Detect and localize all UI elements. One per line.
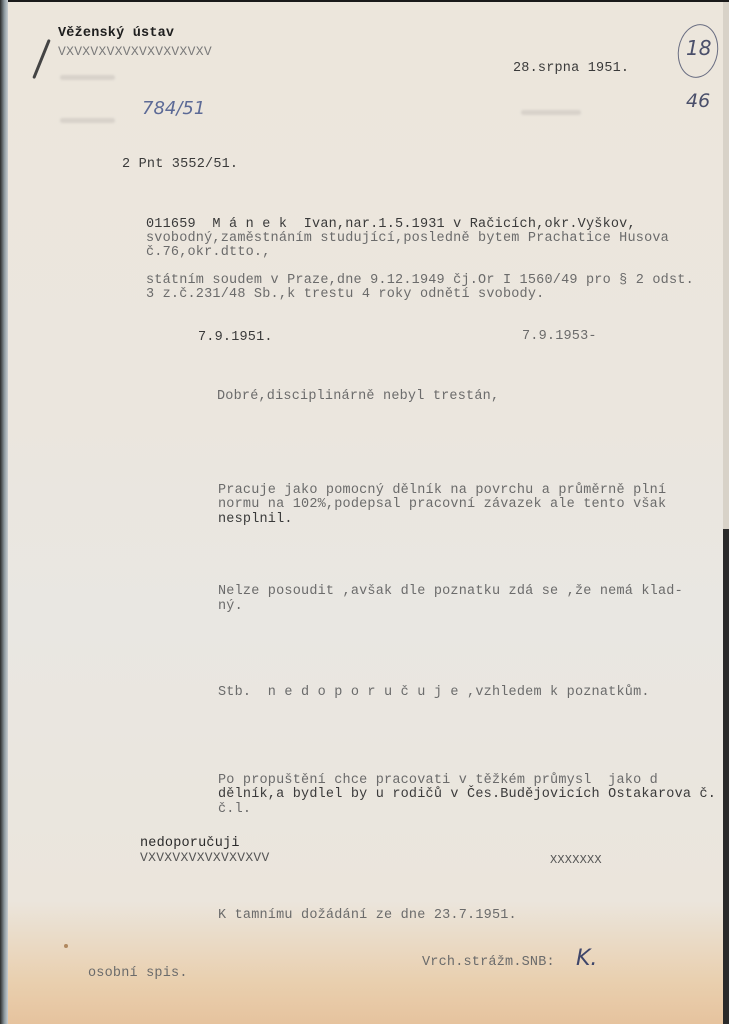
release-line-2: dělník,a bydlel by u rodičů v Čes.Budějo… <box>218 787 716 802</box>
subject-line-2: svobodný,zaměstnáním studující,posledně … <box>146 231 669 246</box>
erased-text <box>521 110 581 115</box>
subject-line-3: č.76,okr.dtto., <box>146 245 271 260</box>
work-line-3: nesplnil. <box>218 512 293 527</box>
signature-label: Vrch.strážm.SNB: <box>422 955 555 970</box>
work-line-2: normu na 102%,podepsal pracovní závazek … <box>218 497 666 512</box>
document-page: Věženský ústav VXVXVXVXVXVXVXVXVXV 28.sr… <box>6 2 729 1024</box>
erased-text <box>60 118 115 123</box>
stb-recommendation: Stb. n e d o p o r u č u j e ,vzhledem k… <box>218 685 650 700</box>
assessment-line-2: ný. <box>218 599 243 614</box>
sentence-line-1: státním soudem v Praze,dne 9.12.1949 čj.… <box>146 273 694 288</box>
strikeout-mark: XXXXXXX <box>550 853 602 868</box>
signature-initial: K. <box>576 946 597 971</box>
background-edge <box>723 529 729 1024</box>
footer-note: osobní spis. <box>88 966 188 981</box>
pencil-slash-mark <box>32 39 51 79</box>
sentence-end-date: 7.9.1953- <box>522 329 597 344</box>
release-line-3: č.l. <box>218 802 251 817</box>
sentence-start-date: 7.9.1951. <box>198 330 273 345</box>
release-line-1: Po propuštění chce pracovati v těžkém pr… <box>218 773 658 788</box>
recommendation-label: nedoporučuji <box>140 836 240 851</box>
paper-stain <box>64 944 68 948</box>
recommendation-strikeout: VXVXVXVXVXVXVXVV <box>140 850 270 865</box>
folio-circled-number: 18 <box>686 36 711 60</box>
assessment-line-1: Nelze posoudit ,avšak dle poznatku zdá s… <box>218 584 683 599</box>
erased-text <box>60 75 115 80</box>
request-reference: K tamnímu dožádání ze dne 23.7.1951. <box>218 908 517 923</box>
conduct-assessment: Dobré,disciplinárně nebyl trestán, <box>217 389 499 404</box>
document-date: 28.srpna 1951. <box>513 61 629 76</box>
institution-name: Věženský ústav <box>58 26 174 41</box>
sentence-line-2: 3 z.č.231/48 Sb.,k trestu 4 roky odnětí … <box>146 287 544 302</box>
handwritten-reference: 784/51 <box>142 98 205 119</box>
work-line-1: Pracuje jako pomocný dělník na povrchu a… <box>218 483 666 498</box>
subject-line-1: 011659 M á n e k Ivan,nar.1.5.1931 v Rač… <box>146 217 636 232</box>
case-reference: 2 Pnt 3552/51. <box>122 157 238 172</box>
institution-strikeout: VXVXVXVXVXVXVXVXVXV <box>58 44 212 59</box>
folio-number: 46 <box>686 90 710 112</box>
binding-edge <box>0 0 8 1024</box>
